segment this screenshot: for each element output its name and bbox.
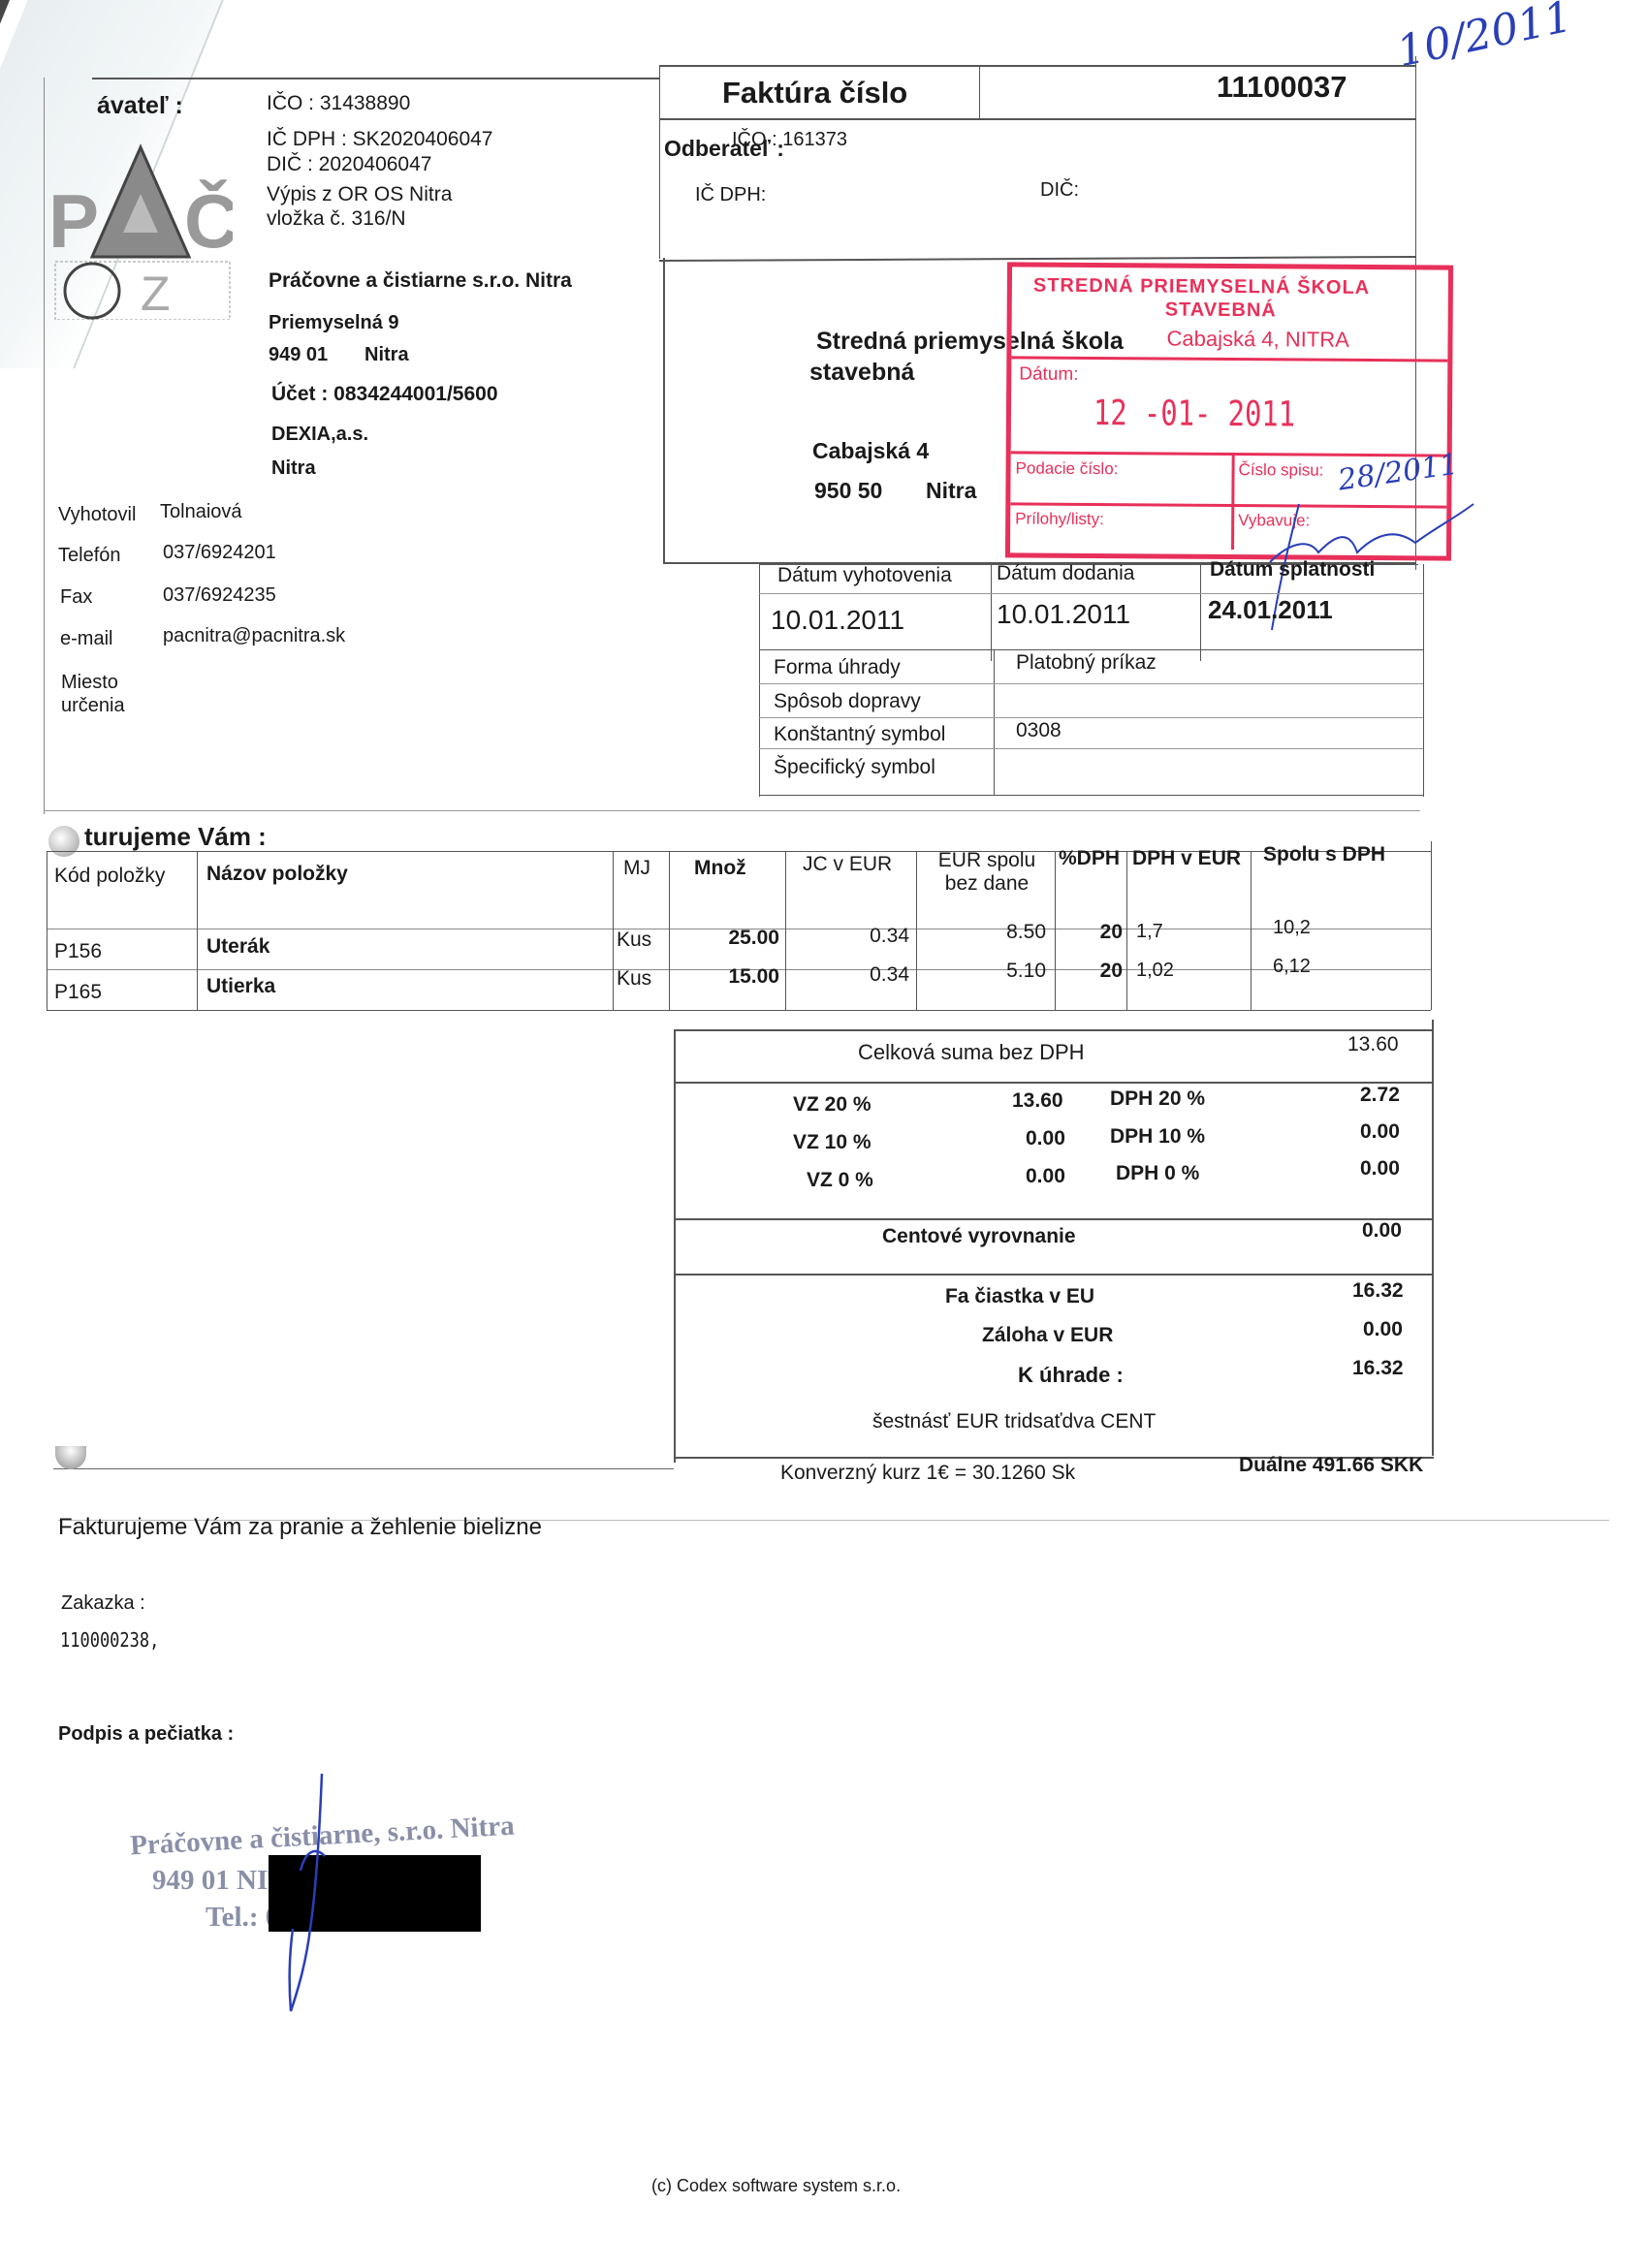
invoice-box-top xyxy=(659,65,1415,67)
customer-city: Nitra xyxy=(926,478,976,504)
vat-base-label: VZ 0 % xyxy=(807,1169,873,1192)
customer-ico: IČO : 161373 xyxy=(732,129,847,151)
payment-row-3 xyxy=(759,748,1423,749)
signature-label: Podpis a pečiatka : xyxy=(58,1723,234,1746)
contact-value: 037/6924201 xyxy=(163,542,276,564)
payment-row-1 xyxy=(759,683,1423,684)
company-logo: P Č Z xyxy=(44,136,233,320)
column-header: Názov položky xyxy=(206,863,348,886)
customer-street: Cabajská 4 xyxy=(812,438,929,464)
items-heading: turujeme Vám : xyxy=(84,822,267,852)
order-value: 110000238, xyxy=(60,1628,159,1652)
vat-value: 0.00 xyxy=(1360,1157,1400,1181)
date-delivery-label: Dátum dodania xyxy=(997,562,1134,585)
date-issued-value: 10.01.2011 xyxy=(771,605,904,636)
contact-value: Tolnaiová xyxy=(160,501,242,523)
customer-dic-label: DIČ: xyxy=(1040,179,1079,202)
payment-method: Platobný príkaz xyxy=(1016,651,1157,675)
date-issued-label: Dátum vyhotovenia xyxy=(777,564,952,587)
summary-divider xyxy=(674,1218,1432,1220)
stamp-divider-v xyxy=(1231,453,1235,550)
supplier-ico: IČO : 31438890 xyxy=(267,92,410,115)
dates-col-1 xyxy=(991,564,992,661)
pen-signature-icon xyxy=(271,1764,349,2016)
items-col xyxy=(1431,841,1432,1010)
to-pay-value: 16.32 xyxy=(1352,1357,1404,1380)
hole-punch-icon xyxy=(48,826,79,857)
vat-label: DPH 20 % xyxy=(1110,1087,1205,1111)
date-due-value: 24.01.2011 xyxy=(1208,595,1333,625)
vat-label: DPH 10 % xyxy=(1110,1125,1205,1149)
item-name: Uterák xyxy=(206,935,269,959)
supplier-street: Priemyselná 9 xyxy=(269,312,399,334)
dates-row-2 xyxy=(759,649,1423,650)
stamp-line3: Cabajská 4, NITRA xyxy=(1166,327,1348,353)
items-col xyxy=(197,851,198,1010)
invoice-title-bottom xyxy=(659,118,1415,120)
dates-table-left xyxy=(759,564,760,797)
svg-text:Č: Č xyxy=(184,178,233,264)
vat-label: DPH 0 % xyxy=(1116,1162,1199,1185)
column-header: EUR spolu bez dane xyxy=(929,849,1045,896)
vat-value: 0.00 xyxy=(1360,1120,1400,1144)
dual-amount: Duálne 491.66 SKK xyxy=(1239,1454,1423,1477)
separator xyxy=(53,1468,674,1469)
company-stamp-line2: 949 01 NIT xyxy=(152,1865,287,1897)
summary-divider xyxy=(674,1082,1432,1084)
item-unit-price: 0.34 xyxy=(785,963,909,987)
vat-base-value: 0.00 xyxy=(1026,1127,1065,1150)
dates-row-1 xyxy=(759,593,1423,594)
total-net-value: 13.60 xyxy=(1347,1033,1399,1056)
hole-punch-icon xyxy=(55,1446,86,1469)
contact-label: Vyhotovil xyxy=(58,504,136,526)
stamp-date: 12 -01- 2011 xyxy=(1093,394,1295,434)
logo-icon: P Č Z xyxy=(44,136,233,320)
dates-col-2 xyxy=(1200,564,1201,661)
vat-value: 2.72 xyxy=(1360,1084,1400,1107)
summary-divider xyxy=(674,1274,1432,1276)
customer-address-top xyxy=(659,256,1415,262)
stamp-prilohy-label: Prílohy/listy: xyxy=(1015,509,1104,529)
supplier-zip: 949 01 xyxy=(269,344,328,366)
amount-in-words: šestnásť EUR tridsaťdva CENT xyxy=(872,1410,1156,1433)
stamp-line1: STREDNÁ PRIEMYSELNÁ ŠKOLA xyxy=(1033,275,1370,299)
to-pay-label: K úhrade : xyxy=(1018,1363,1124,1388)
handwritten-note: 10/2011 xyxy=(1393,0,1576,77)
supplier-dic: DIČ : 2020406047 xyxy=(267,153,431,176)
constant-symbol: 0308 xyxy=(1016,719,1062,742)
column-header: Spolu s DPH xyxy=(1263,843,1385,866)
customer-zip: 950 50 xyxy=(814,478,882,504)
items-col xyxy=(1251,851,1252,1010)
stamp-line2: STAVEBNÁ xyxy=(1165,299,1277,323)
item-vat-pct: 20 xyxy=(1055,960,1123,983)
item-unit-price: 0.34 xyxy=(785,925,909,948)
svg-text:P: P xyxy=(48,178,99,264)
column-header: Kód položky xyxy=(54,865,165,888)
supplier-register: Výpis z OR OS Nitra xyxy=(267,183,452,206)
total-net-label: Celková suma bez DPH xyxy=(858,1040,1085,1065)
rounding-value: 0.00 xyxy=(1362,1219,1402,1243)
item-qty: 25.00 xyxy=(669,927,779,950)
item-total-net: 8.50 xyxy=(916,921,1046,944)
stamp-divider xyxy=(1011,356,1447,362)
vat-base-label: VZ 10 % xyxy=(793,1131,872,1154)
supplier-bank-city: Nitra xyxy=(271,457,316,480)
item-vat: 1,02 xyxy=(1136,960,1174,982)
invoice-title: Faktúra číslo xyxy=(722,76,907,110)
item-total-net: 5.10 xyxy=(916,960,1046,983)
date-due-label: Dátum splatnosti xyxy=(1210,558,1375,582)
advance-value: 0.00 xyxy=(1363,1318,1403,1341)
customer-ic-dph-label: IČ DPH: xyxy=(695,184,766,206)
header-bottom xyxy=(44,810,1420,811)
items-col xyxy=(47,851,48,1010)
item-name: Utierka xyxy=(206,975,275,998)
payment-row-2 xyxy=(759,717,1423,718)
summary-left xyxy=(674,1029,676,1463)
item-unit: Kus xyxy=(617,967,651,991)
item-total-gross: 6,12 xyxy=(1273,956,1311,978)
contact-label: Fax xyxy=(60,586,92,609)
item-code: P156 xyxy=(54,940,102,963)
payment-label: Forma úhrady xyxy=(774,656,901,679)
frame-top-left xyxy=(92,78,659,79)
supplier-name: Práčovne a čistiarne s.r.o. Nitra xyxy=(269,269,572,293)
footer-copyright: (c) Codex software system s.r.o. xyxy=(651,2176,901,2196)
payment-col xyxy=(994,649,995,795)
invoice-title-divider xyxy=(979,65,980,118)
item-total-gross: 10,2 xyxy=(1273,917,1311,939)
supplier-label: ávateľ : xyxy=(97,92,183,120)
summary-right xyxy=(1432,1020,1434,1456)
supplier-bank: DEXIA,a.s. xyxy=(271,424,368,446)
column-header: Množ xyxy=(694,857,746,880)
invoice-amount-value: 16.32 xyxy=(1352,1279,1404,1303)
customer-name-2: stavebná xyxy=(809,359,914,387)
vat-base-value: 13.60 xyxy=(1012,1089,1063,1113)
stamp-date-label: Dátum: xyxy=(1019,363,1078,385)
contact-email: pacnitra@pacnitra.sk xyxy=(163,625,345,647)
conversion-rate: Konverzný kurz 1€ = 30.1260 Sk xyxy=(780,1462,1075,1485)
column-header: DPH v EUR xyxy=(1132,847,1241,870)
payment-label: Spôsob dopravy xyxy=(774,690,921,713)
date-delivery-value: 10.01.2011 xyxy=(997,599,1130,630)
customer-address-left xyxy=(663,258,665,563)
contact-label: Miesto určenia xyxy=(61,671,125,717)
stamp-spis-label: Číslo spisu: xyxy=(1239,460,1324,481)
item-qty: 15.00 xyxy=(669,965,779,989)
payment-label: Špecifický symbol xyxy=(774,756,935,779)
invoice-note: Fakturujeme Vám za pranie a žehlenie bie… xyxy=(58,1514,542,1541)
vat-base-label: VZ 20 % xyxy=(793,1093,872,1117)
supplier-ic-dph: IČ DPH : SK2020406047 xyxy=(267,128,492,151)
summary-top xyxy=(674,1029,1432,1031)
vat-base-value: 0.00 xyxy=(1026,1165,1065,1188)
payment-row-4 xyxy=(759,795,1423,796)
supplier-account: Účet : 0834244001/5600 xyxy=(271,383,498,406)
supplier-insert: vložka č. 316/N xyxy=(267,207,406,231)
stamp-podacie-label: Podacie číslo: xyxy=(1016,458,1119,479)
advance-label: Záloha v EUR xyxy=(982,1324,1113,1347)
payment-label: Konštantný symbol xyxy=(774,723,945,746)
contact-label: e-mail xyxy=(60,628,112,650)
rounding-label: Centové vyrovnanie xyxy=(882,1225,1076,1248)
invoice-box-left xyxy=(659,65,660,259)
contact-label: Telefón xyxy=(58,545,121,567)
order-label: Zakazka : xyxy=(61,1592,145,1615)
column-header: %DPH xyxy=(1059,847,1120,870)
item-vat-pct: 20 xyxy=(1055,921,1123,944)
items-table-bottom xyxy=(47,1010,1431,1011)
item-code: P165 xyxy=(54,981,102,1004)
items-col xyxy=(613,851,614,1010)
item-unit: Kus xyxy=(617,929,651,952)
items-col xyxy=(1126,851,1127,1010)
stamp-divider xyxy=(1011,451,1447,457)
invoice-amount-label: Fa čiastka v EU xyxy=(945,1285,1094,1308)
supplier-city: Nitra xyxy=(364,344,409,366)
invoice-number: 11100037 xyxy=(1217,70,1347,105)
column-header: JC v EUR xyxy=(803,853,892,876)
svg-text:Z: Z xyxy=(141,267,171,320)
contact-value: 037/6924235 xyxy=(163,584,276,607)
dates-table-right xyxy=(1423,564,1424,797)
item-vat: 1,7 xyxy=(1136,921,1163,943)
column-header: MJ xyxy=(623,857,650,880)
